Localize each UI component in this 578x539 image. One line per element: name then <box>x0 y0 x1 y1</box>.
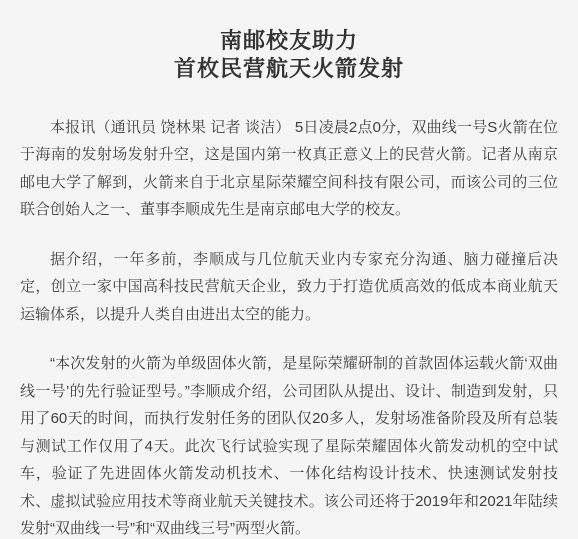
article-paragraph-1: 本报讯（通讯员 饶林果 记者 谈洁） 5日凌晨2点0分，双曲线一号S火箭在位于海… <box>20 114 558 224</box>
article-body: 本报讯（通讯员 饶林果 记者 谈洁） 5日凌晨2点0分，双曲线一号S火箭在位于海… <box>20 114 558 539</box>
article-title-line-2: 首枚民营航天火箭发射 <box>20 55 558 83</box>
article-page: 南邮校友助力 首枚民营航天火箭发射 本报讯（通讯员 饶林果 记者 谈洁） 5日凌… <box>0 0 578 539</box>
article-paragraph-2: 据介绍，一年多前，李顺成与几位航天业内专家充分沟通、脑力碰撞后决定，创立一家中国… <box>20 246 558 329</box>
article-paragraph-3: “本次发射的火箭为单级固体火箭，是星际荣耀研制的首款固体运载火箭‘双曲线一号’的… <box>20 350 558 539</box>
article-title: 南邮校友助力 首枚民营航天火箭发射 <box>20 27 558 83</box>
article-title-line-1: 南邮校友助力 <box>20 27 558 55</box>
